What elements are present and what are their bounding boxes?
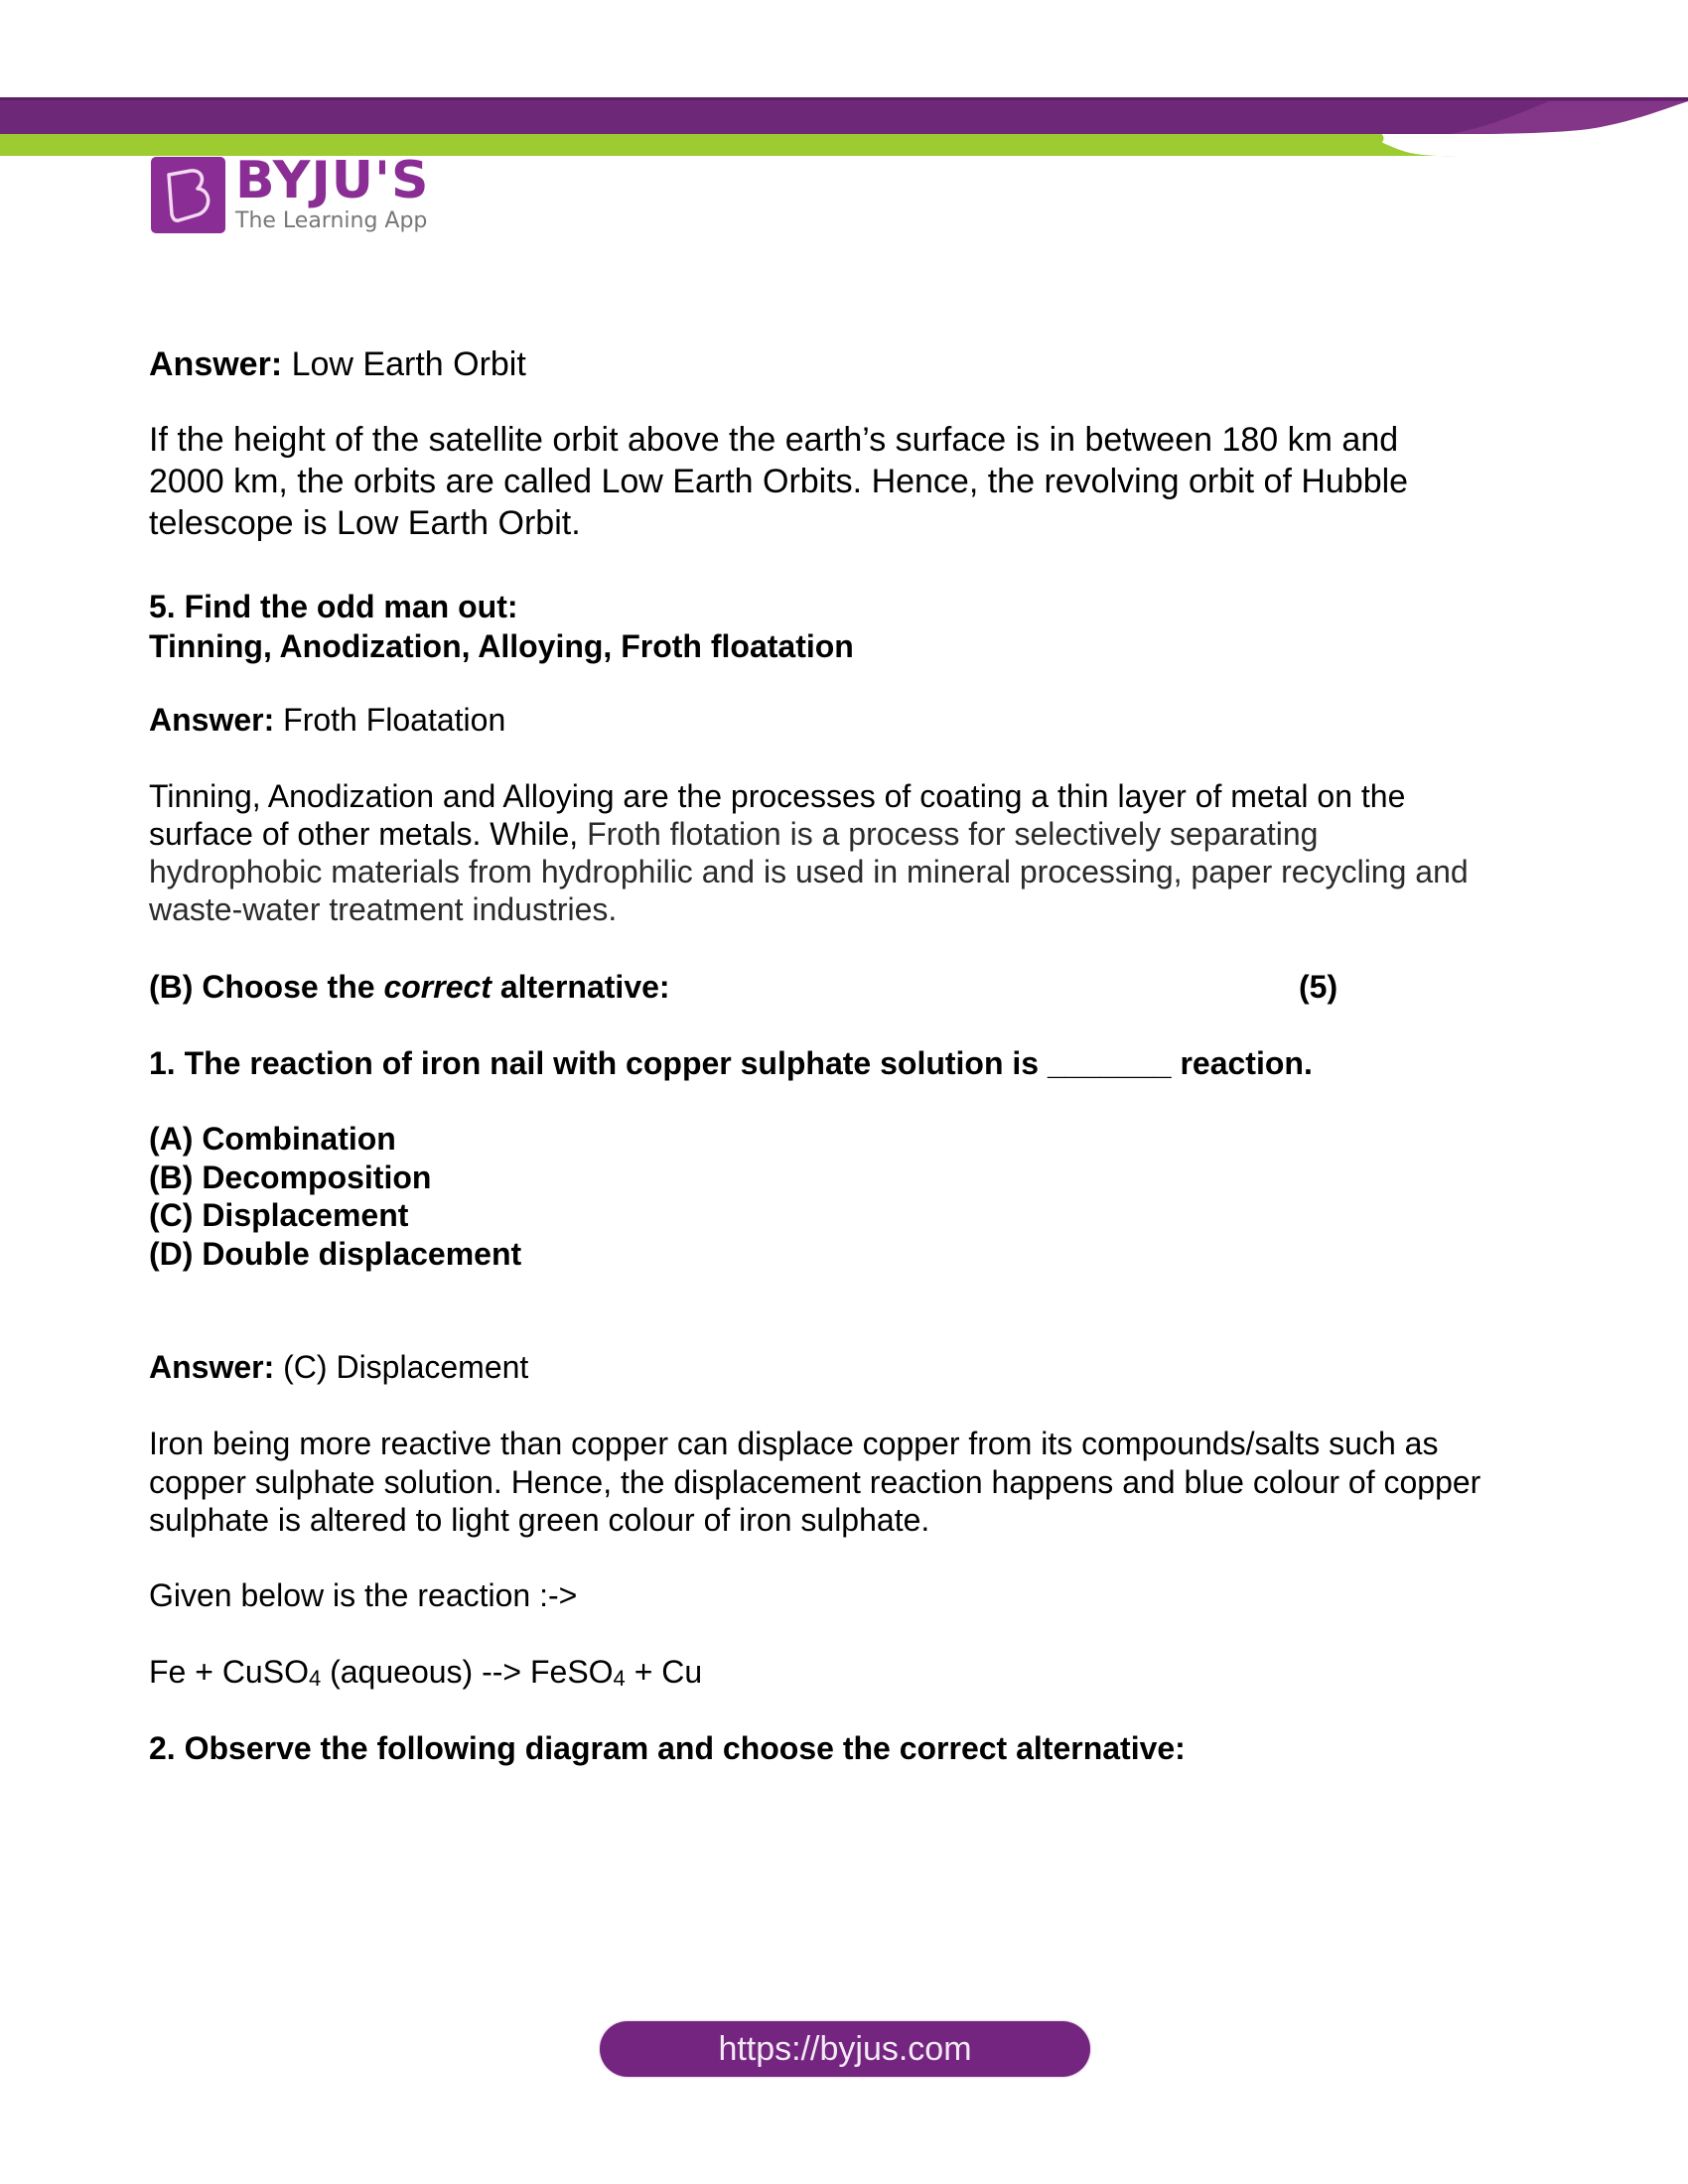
explanation-fragment: surface of other metals. While, — [149, 816, 587, 852]
answer-value: (C) Displacement — [274, 1349, 528, 1385]
logo-b-icon — [151, 157, 225, 233]
equation-subscript: 4 — [614, 1666, 626, 1691]
answer-value: Low Earth Orbit — [282, 345, 526, 383]
answer-label: Answer: — [149, 345, 282, 383]
option-d: (D) Double displacement — [149, 1235, 521, 1274]
question-b2: 2. Observe the following diagram and cho… — [149, 1729, 1186, 1767]
explanation-line: Iron being more reactive than copper can… — [149, 1425, 1480, 1463]
answer-label: Answer: — [149, 702, 274, 738]
answer-value: Froth Floatation — [274, 702, 505, 738]
explanation-line: Tinning, Anodization and Alloying are th… — [149, 777, 1469, 815]
explanation-line: If the height of the satellite orbit abo… — [149, 419, 1408, 461]
website-url[interactable]: https://byjus.com — [718, 2030, 971, 2069]
brand-tagline: The Learning App — [235, 208, 429, 234]
answer-label: Answer: — [149, 1349, 274, 1385]
reaction-equation: Fe + CuSO4 (aqueous) --> FeSO4 + Cu — [149, 1653, 702, 1691]
explanation-5: Tinning, Anodization and Alloying are th… — [149, 777, 1469, 928]
option-b: (B) Decomposition — [149, 1159, 521, 1197]
byjus-logo: BYJU'S The Learning App — [151, 157, 429, 234]
answer-4: Answer: Low Earth Orbit — [149, 343, 526, 385]
website-link[interactable]: https://byjus.com — [600, 2021, 1090, 2077]
explanation-line: hydrophobic materials from hydrophilic a… — [149, 853, 1469, 890]
options-list: (A) Combination (B) Decomposition (C) Di… — [149, 1120, 521, 1273]
explanation-b1: Iron being more reactive than copper can… — [149, 1425, 1480, 1540]
explanation-line: surface of other metals. While, Froth fl… — [149, 815, 1469, 853]
option-a: (A) Combination — [149, 1120, 521, 1159]
explanation-line: copper sulphate solution. Hence, the dis… — [149, 1463, 1480, 1502]
explanation-line: telescope is Low Earth Orbit. — [149, 502, 1408, 544]
question-text: 1. The reaction of iron nail with copper… — [149, 1045, 1048, 1081]
answer-blank: _______ — [1048, 1045, 1172, 1081]
header-bands — [0, 97, 1688, 159]
question-b1: 1. The reaction of iron nail with copper… — [149, 1044, 1313, 1082]
equation-part: (aqueous) --> FeSO — [321, 1654, 613, 1690]
explanation-line: sulphate is altered to light green colou… — [149, 1501, 1480, 1540]
section-b-heading: (B) Choose the correct alternative: — [149, 968, 670, 1006]
explanation-line: waste-water treatment industries. — [149, 890, 1469, 928]
equation-subscript: 4 — [309, 1666, 321, 1691]
explanation-fragment: Froth flotation is a process for selecti… — [587, 816, 1318, 852]
equation-part: + Cu — [626, 1654, 702, 1690]
answer-5: Answer: Froth Floatation — [149, 701, 505, 739]
explanation-line: 2000 km, the orbits are called Low Earth… — [149, 461, 1408, 502]
question-title: 5. Find the odd man out: — [149, 587, 854, 626]
reaction-intro: Given below is the reaction :-> — [149, 1576, 577, 1614]
option-c: (C) Displacement — [149, 1196, 521, 1235]
question-5: 5. Find the odd man out: Tinning, Anodiz… — [149, 587, 854, 666]
explanation-4: If the height of the satellite orbit abo… — [149, 419, 1408, 544]
heading-text: (B) Choose the — [149, 969, 383, 1005]
heading-text: alternative: — [492, 969, 670, 1005]
answer-b1: Answer: (C) Displacement — [149, 1348, 528, 1386]
heading-emphasis: correct — [383, 969, 492, 1005]
question-items: Tinning, Anodization, Alloying, Froth fl… — [149, 626, 854, 666]
brand-name: BYJU'S — [235, 157, 429, 205]
marks-label: (5) — [1299, 968, 1337, 1006]
equation-part: Fe + CuSO — [149, 1654, 309, 1690]
question-text: reaction. — [1172, 1045, 1313, 1081]
